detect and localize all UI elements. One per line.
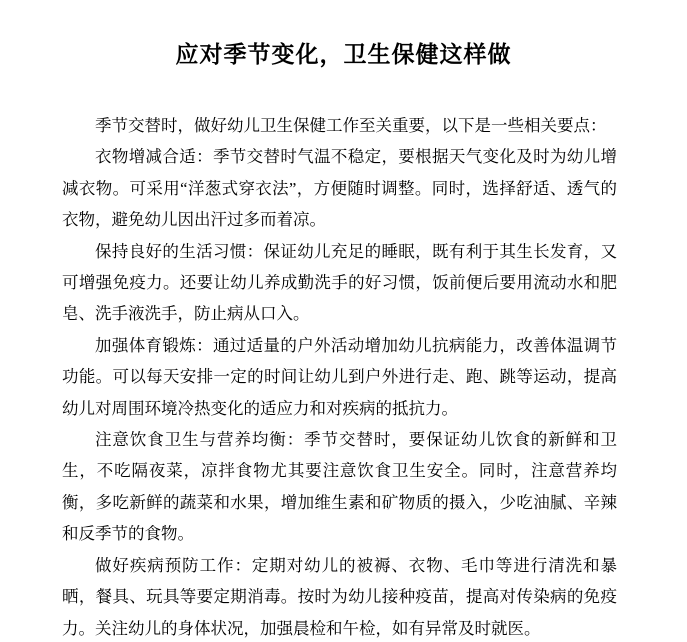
paragraph-intro: 季节交替时，做好幼儿卫生保健工作至关重要，以下是一些相关要点： xyxy=(62,110,617,141)
paragraph-habits: 保持良好的生活习惯：保证幼儿充足的睡眠，既有利于其生长发育，又可增强免疫力。还要… xyxy=(62,236,617,330)
paragraph-diet: 注意饮食卫生与营养均衡：季节交替时，要保证幼儿饮食的新鲜和卫生，不吃隔夜菜，凉拌… xyxy=(62,424,617,550)
document-title: 应对季节变化，卫生保健这样做 xyxy=(0,0,687,69)
document-page: 应对季节变化，卫生保健这样做 季节交替时，做好幼儿卫生保健工作至关重要，以下是一… xyxy=(0,0,687,642)
paragraph-clothing: 衣物增减合适：季节交替时气温不稳定，要根据天气变化及时为幼儿增减衣物。可采用“洋… xyxy=(62,141,617,235)
paragraph-exercise: 加强体育锻炼：通过适量的户外活动增加幼儿抗病能力，改善体温调节功能。可以每天安排… xyxy=(62,330,617,424)
paragraph-disease-prevention: 做好疾病预防工作：定期对幼儿的被褥、衣物、毛巾等进行清洗和暴晒，餐具、玩具等要定… xyxy=(62,550,617,642)
document-body: 季节交替时，做好幼儿卫生保健工作至关重要，以下是一些相关要点： 衣物增减合适：季… xyxy=(0,110,687,642)
